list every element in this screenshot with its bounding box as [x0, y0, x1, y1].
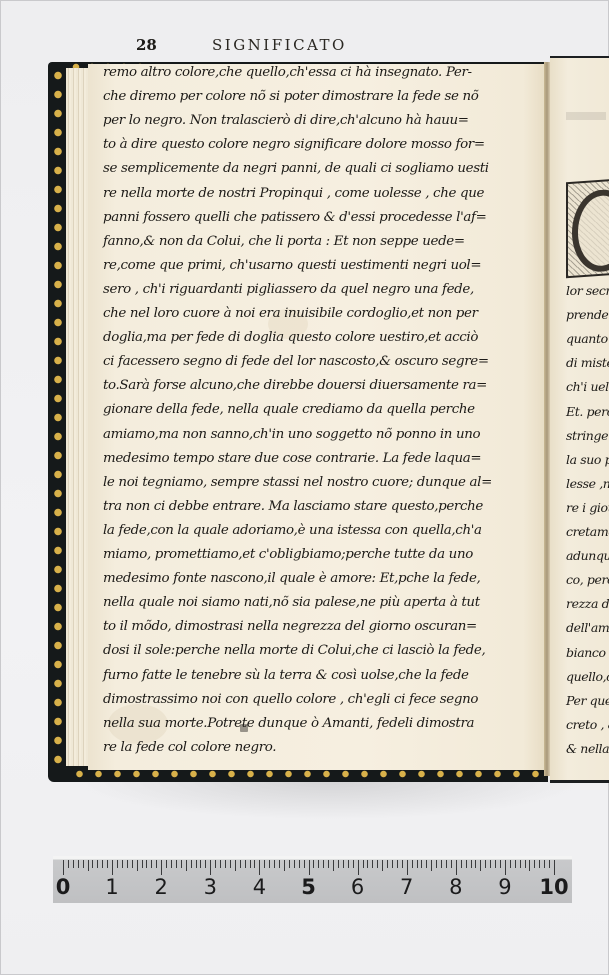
- ruler-tick: [161, 860, 162, 875]
- text-line: amiamo,ma non sanno,ch'in uno soggetto n…: [103, 424, 480, 446]
- ruler-tick: [323, 860, 324, 868]
- ruler-tick: [534, 860, 535, 868]
- text-line: bianco tra: [566, 642, 609, 664]
- text-line: nella sua morte.Potrete dunque ò Amanti,…: [103, 713, 474, 735]
- text-line: che diremo per colore nõ si poter dimost…: [103, 86, 479, 108]
- ruler-tick: [191, 860, 192, 868]
- ruler-tick: [431, 860, 432, 871]
- ruler-tick: [205, 860, 206, 868]
- text-line: ci facessero segno di fede del lor nasco…: [103, 351, 489, 373]
- ruler-tick: [196, 860, 197, 868]
- ruler-tick: [117, 860, 118, 868]
- ruler-tick: [461, 860, 462, 868]
- ruler-tick: [490, 860, 491, 868]
- text-line: ch'i ueleno: [566, 376, 609, 398]
- text-line: creto , &: [566, 714, 609, 736]
- ruler-tick: [146, 860, 147, 868]
- ruler-tick: [245, 860, 246, 868]
- ruler-tick: [112, 860, 113, 875]
- ruler-tick: [333, 860, 334, 871]
- text-line: rezza de s: [566, 593, 609, 615]
- ruler-tick: [78, 860, 79, 868]
- text-line: tra non ci debbe entrare. Ma lasciamo st…: [103, 496, 483, 518]
- text-line: Per questo: [566, 690, 609, 712]
- ruler-tick: [132, 860, 133, 868]
- ruler-tick: [102, 860, 103, 868]
- ruler-tick: [181, 860, 182, 868]
- ruler-tick: [392, 860, 393, 868]
- ruler-tick: [92, 860, 93, 868]
- text-line: quanto po: [566, 328, 609, 350]
- ruler-tick: [446, 860, 447, 868]
- text-line: cretamente: [566, 521, 609, 543]
- ruler-tick: [397, 860, 398, 868]
- scale-ruler: 012345678910: [53, 856, 572, 903]
- ruler-label: 5: [301, 875, 316, 899]
- ruler-label: 2: [155, 875, 168, 899]
- ruler-tick: [122, 860, 123, 868]
- ruler-tick: [186, 860, 187, 871]
- ruler-tick: [377, 860, 378, 868]
- ruler-tick: [367, 860, 368, 868]
- ruler-tick: [417, 860, 418, 868]
- text-line: furno fatte le tenebre sù la terra & cos…: [103, 665, 469, 687]
- ruler-tick: [240, 860, 241, 868]
- ruler-tick: [372, 860, 373, 868]
- ruler-tick: [220, 860, 221, 868]
- text-line: to.Sarà forse alcuno,che direbbe douersi…: [103, 375, 487, 397]
- woodcut-initial-letter: [572, 188, 609, 274]
- ruler-label: 4: [253, 875, 266, 899]
- ruler-tick: [363, 860, 364, 868]
- ruler-label: 6: [351, 875, 364, 899]
- ruler-tick: [299, 860, 300, 868]
- ruler-tick: [475, 860, 476, 868]
- ruler-tick: [348, 860, 349, 868]
- ruler-tick: [520, 860, 521, 868]
- text-line: fanno,& non da Colui, che li porta : Et …: [103, 231, 465, 253]
- ruler-tick: [264, 860, 265, 868]
- ruler-tick: [127, 860, 128, 868]
- ruler-tick: [200, 860, 201, 868]
- ruler-tick: [259, 860, 260, 875]
- text-line: co, perche: [566, 569, 609, 591]
- text-line: dosi il sole:perche nella morte di Colui…: [103, 640, 485, 662]
- ruler-tick: [544, 860, 545, 868]
- ruler-tick: [466, 860, 467, 868]
- text-line: nella quale noi siamo nati,nõ sia palese…: [103, 592, 480, 614]
- ruler-label: 9: [498, 875, 511, 899]
- ruler-tick: [441, 860, 442, 868]
- ruler-tick: [156, 860, 157, 868]
- ruler-tick: [426, 860, 427, 868]
- text-line: Et. perche: [566, 401, 609, 423]
- text-line: re la fede col colore negro.: [103, 737, 276, 759]
- ruler-tick: [289, 860, 290, 868]
- text-line: re nella morte de nostri Propinqui , com…: [103, 183, 484, 205]
- ruler-tick: [407, 860, 408, 875]
- text-line: di misteri: [566, 352, 609, 374]
- gilt-tooling-bottom-edge: [70, 769, 560, 779]
- text-line: to à dire questo colore negro significar…: [103, 134, 485, 156]
- ruler-tick: [142, 860, 143, 868]
- text-line: prendere,c: [566, 304, 609, 326]
- ruler-tick: [166, 860, 167, 868]
- text-line: remo altro colore,che quello,ch'essa ci …: [103, 62, 472, 84]
- ruler-tick: [318, 860, 319, 868]
- ruler-tick: [151, 860, 152, 868]
- ruler-tick: [421, 860, 422, 868]
- ruler-tick: [225, 860, 226, 868]
- running-head: 28 SIGNIFICATO: [90, 36, 470, 60]
- text-line: miamo, promettiamo,et c'obligbiamo;perch…: [103, 544, 473, 566]
- ruler-tick: [495, 860, 496, 868]
- page-block-edges: [66, 68, 90, 766]
- ruler-tick: [279, 860, 280, 868]
- ruler-tick: [451, 860, 452, 868]
- ruler-tick: [529, 860, 530, 871]
- ruler-tick: [215, 860, 216, 868]
- ruler-tick: [269, 860, 270, 868]
- page-number: 28: [136, 36, 157, 54]
- ruler-tick: [382, 860, 383, 871]
- text-line: adunque i: [566, 545, 609, 567]
- ruler-label: 3: [204, 875, 217, 899]
- ruler-tick: [412, 860, 413, 868]
- text-line: lor secrete: [566, 280, 609, 302]
- text-line: to il mõdo, dimostrasi nella negrezza de…: [103, 616, 477, 638]
- gilt-tooling-left-edge: [51, 66, 65, 772]
- ruler-tick: [343, 860, 344, 868]
- ruler-tick: [549, 860, 550, 868]
- faint-running-head: [566, 112, 606, 120]
- ruler-tick: [485, 860, 486, 868]
- text-line: la suo prop: [566, 449, 609, 471]
- text-line: medesimo tempo stare due cose contrarie.…: [103, 448, 481, 470]
- ruler-tick: [235, 860, 236, 871]
- ruler-tick: [254, 860, 255, 868]
- ruler-tick: [500, 860, 501, 868]
- text-line: quello,c'ha: [566, 666, 609, 688]
- ruler-tick: [353, 860, 354, 868]
- ruler-tick: [554, 860, 555, 875]
- ruler-tick: [471, 860, 472, 868]
- ruler-label: 0: [56, 875, 71, 899]
- text-line: se semplicemente da negri panni, de qual…: [103, 158, 489, 180]
- ruler-tick: [358, 860, 359, 875]
- ruler-tick: [539, 860, 540, 868]
- ruler-tick: [436, 860, 437, 868]
- ruler-tick: [480, 860, 481, 871]
- ruler-tick: [83, 860, 84, 868]
- right-page: lor secreteprendere,cquanto podi misteri…: [550, 56, 609, 783]
- ruler-tick: [328, 860, 329, 868]
- text-line: le noi tegniamo, sempre stassi nel nostr…: [103, 472, 492, 494]
- ruler-tick: [304, 860, 305, 868]
- ruler-label: 10: [539, 875, 568, 899]
- ruler-tick: [250, 860, 251, 868]
- running-title: SIGNIFICATO: [212, 36, 347, 54]
- ruler-tick: [515, 860, 516, 868]
- ruler-tick: [284, 860, 285, 871]
- text-line: la fede,con la quale adoriamo,è una iste…: [103, 520, 482, 542]
- text-line: gionare della fede, nella quale crediamo…: [103, 399, 475, 421]
- ruler-tick: [210, 860, 211, 875]
- ruler-tick: [294, 860, 295, 868]
- ruler-tick: [525, 860, 526, 868]
- book-shadow: [70, 780, 590, 820]
- ruler-tick: [505, 860, 506, 875]
- woodcut-initial-illustration: [566, 178, 609, 278]
- ruler-label: 1: [105, 875, 118, 899]
- ruler-label: 8: [449, 875, 462, 899]
- ruler-tick: [309, 860, 310, 875]
- text-line: che nel loro cuore à noi era inuisibile …: [103, 303, 478, 325]
- ruler-tick: [63, 860, 64, 875]
- text-line: stringe il s: [566, 425, 609, 447]
- text-line: lesse ,non: [566, 473, 609, 495]
- ruler-tick: [402, 860, 403, 868]
- ruler-tick: [313, 860, 314, 868]
- ruler-tick: [338, 860, 339, 868]
- ruler-tick: [137, 860, 138, 871]
- ruler-tick: [387, 860, 388, 868]
- text-line: per lo negro. Non tralascierò di dire,ch…: [103, 110, 469, 132]
- ruler-tick: [456, 860, 457, 875]
- ruler-tick: [230, 860, 231, 868]
- ruler-tick: [68, 860, 69, 868]
- text-line: dimostrassimo noi con quello colore , ch…: [103, 689, 478, 711]
- ruler-tick: [88, 860, 89, 871]
- text-line: panni fossero quelli che patissero & d'e…: [103, 207, 487, 229]
- text-line: re,come que primi, ch'usarno questi uest…: [103, 255, 481, 277]
- ruler-tick: [73, 860, 74, 868]
- ruler-tick: [107, 860, 108, 868]
- ruler-label: 7: [400, 875, 413, 899]
- text-line: doglia,ma per fede di doglia questo colo…: [103, 327, 478, 349]
- ruler-tick: [510, 860, 511, 868]
- text-line: & nella su: [566, 738, 609, 760]
- ruler-tick: [274, 860, 275, 868]
- text-line: medesimo fonte nascono,il quale è amore:…: [103, 568, 480, 590]
- text-line: dell'amant: [566, 617, 609, 639]
- ruler-tick: [171, 860, 172, 868]
- text-line: sero , ch'i riguardanti pigliassero da q…: [103, 279, 474, 301]
- ruler-tick: [176, 860, 177, 868]
- ruler-tick: [97, 860, 98, 868]
- text-line: re i giouan: [566, 497, 609, 519]
